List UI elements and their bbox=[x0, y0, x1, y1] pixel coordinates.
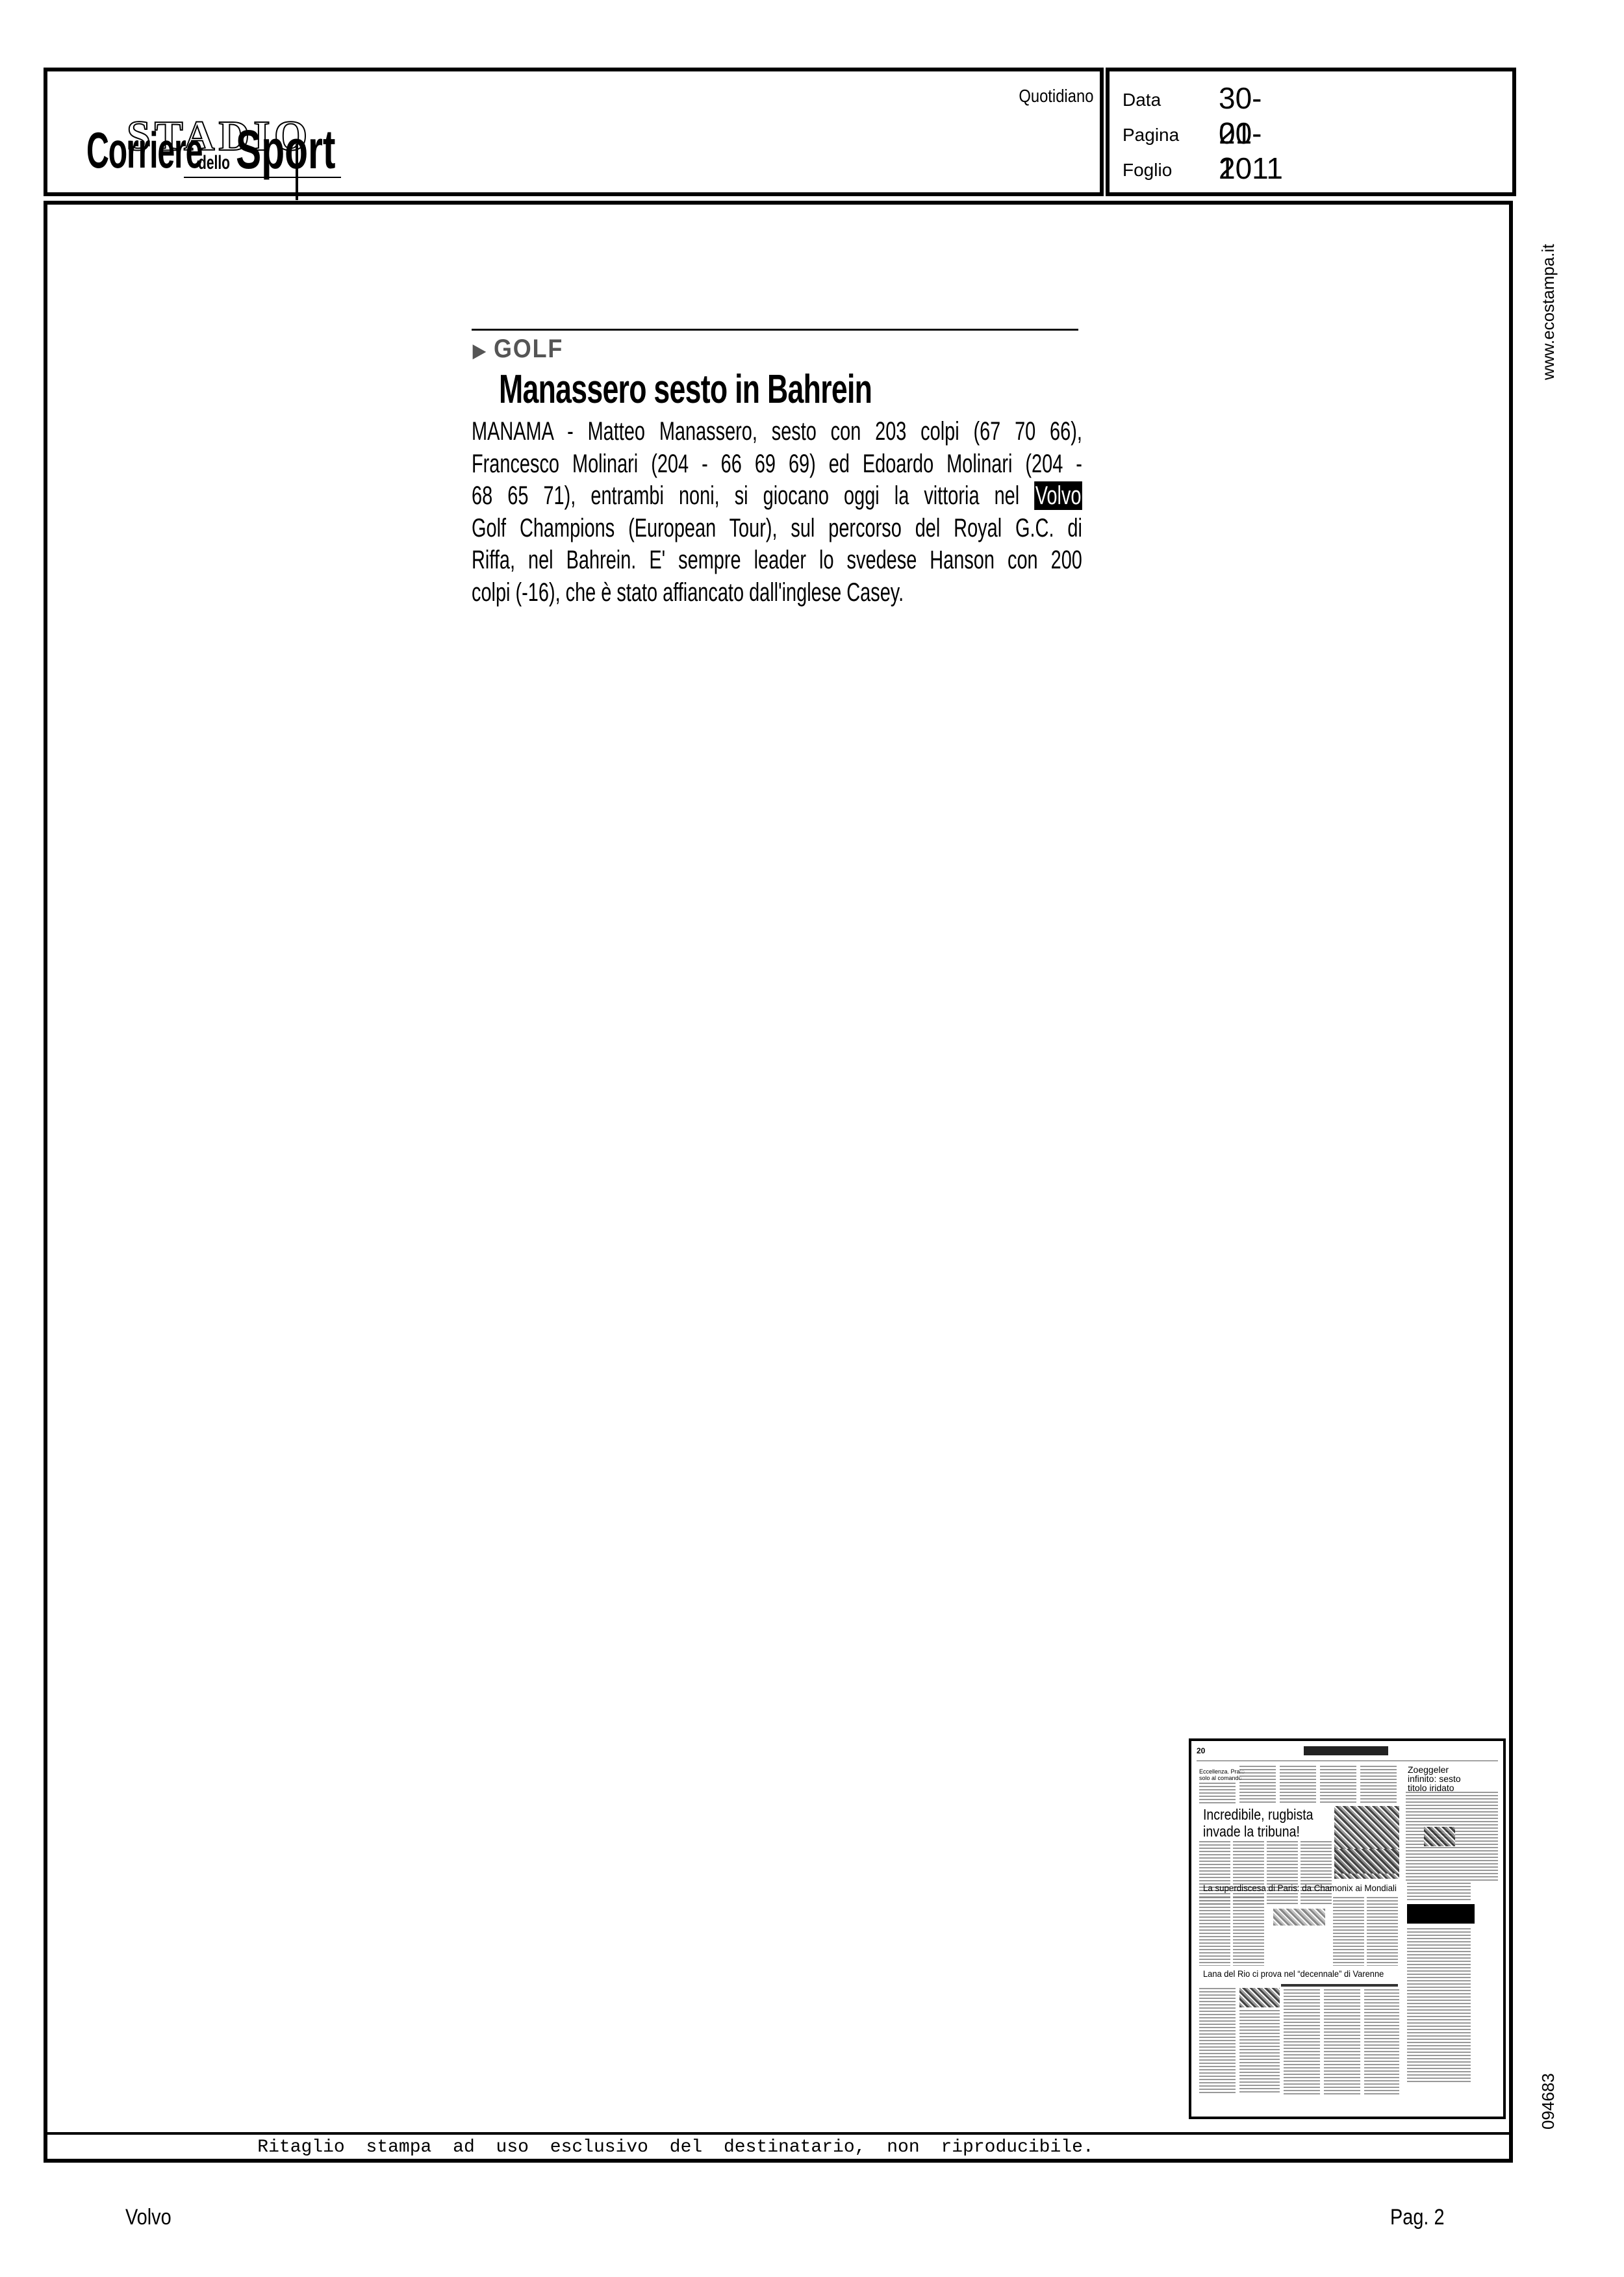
thumbnail-text-block bbox=[1233, 1841, 1264, 1906]
thumbnail-small-head: Eccellenza. Prato bbox=[1199, 1768, 1245, 1775]
thumbnail-text-block bbox=[1407, 1928, 1471, 2084]
thumbnail-highlight-box bbox=[1407, 1904, 1475, 1924]
thumbnail-rule bbox=[1281, 1984, 1398, 1987]
thumbnail-text-block bbox=[1239, 1766, 1276, 1805]
highlighted-keyword: Volvo bbox=[1034, 481, 1082, 510]
logo-connector-text: dello bbox=[198, 152, 230, 174]
thumbnail-text-block bbox=[1407, 1883, 1471, 1901]
publication-type: Quotidiano bbox=[1019, 86, 1093, 107]
thumbnail-text-block bbox=[1284, 1989, 1320, 2094]
article-line: Francesco Molinari (204 - 66 69 69) ed E… bbox=[472, 448, 1082, 481]
thumbnail-photo bbox=[1334, 1849, 1399, 1874]
article-line: Riffa, nel Bahrein. E' sempre leader lo … bbox=[472, 544, 1082, 577]
thumbnail-text-block bbox=[1320, 1766, 1356, 1805]
thumbnail-text-block bbox=[1324, 1989, 1360, 2094]
thumbnail-photo bbox=[1273, 1909, 1325, 1926]
thumbnail-headline: La superdiscesa di Paris: da Chamonix ai… bbox=[1203, 1883, 1397, 1893]
thumbnail-headline: invade la tribuna! bbox=[1203, 1823, 1300, 1840]
meta-label: Pagina bbox=[1123, 125, 1179, 146]
triangle-right-icon: ▶ bbox=[473, 340, 487, 361]
thumbnail-rule bbox=[1197, 1761, 1498, 1761]
meta-value-sheet: 1 bbox=[1219, 151, 1236, 186]
thumbnail-text-block bbox=[1280, 1766, 1316, 1805]
thumbnail-text-block bbox=[1199, 1988, 1236, 2094]
logo-main-text: Corriere bbox=[86, 121, 202, 180]
footer-divider bbox=[47, 2132, 1509, 2135]
meta-label: Data bbox=[1123, 90, 1161, 110]
logo-underline bbox=[184, 177, 341, 178]
footer-keyword: Volvo bbox=[125, 2205, 171, 2230]
thumbnail-headline: Lana del Rio ci prova nel “decennale” di… bbox=[1203, 1968, 1384, 1979]
section-label: ▶GOLF bbox=[473, 335, 563, 364]
clipping-code: 094683 bbox=[1538, 2073, 1558, 2130]
website-label: www.ecostampa.it bbox=[1538, 244, 1558, 380]
article-line: colpi (-16), che è stato affiancato dall… bbox=[472, 577, 1082, 609]
page-thumbnail: 20 Eccellenza. Prato solo al comando Zoe… bbox=[1189, 1738, 1506, 2119]
disclaimer-text: Ritaglio stampa ad uso esclusivo del des… bbox=[257, 2137, 1093, 2157]
thumbnail-text-block bbox=[1364, 1989, 1399, 2094]
thumbnail-section-banner bbox=[1304, 1746, 1388, 1755]
thumbnail-text-block bbox=[1333, 1897, 1364, 1966]
thumbnail-small-head: solo al comando bbox=[1199, 1775, 1242, 1781]
disclaimer: Ritaglio stampa ad uso esclusivo del des… bbox=[0, 2137, 1624, 2157]
article-body: MANAMA - Matteo Manassero, sesto con 203… bbox=[472, 416, 1082, 609]
thumbnail-text-block bbox=[1239, 2010, 1280, 2094]
footer-page-number: Pag. 2 bbox=[1390, 2205, 1445, 2230]
logo-vertical-stroke bbox=[296, 144, 298, 200]
publication-logo: STADIO Corriere dello Sport bbox=[86, 109, 359, 181]
article-headline: Manassero sesto in Bahrein bbox=[499, 366, 872, 413]
meta-label: Foglio bbox=[1123, 160, 1172, 181]
thumbnail-text-block bbox=[1300, 1841, 1332, 1906]
article-line: 68 65 71), entrambi noni, si giocano ogg… bbox=[472, 480, 1082, 513]
thumbnail-headline: Incredibile, rugbista bbox=[1203, 1806, 1313, 1824]
article-line-text: 68 65 71), entrambi noni, si giocano ogg… bbox=[472, 481, 1019, 510]
thumbnail-page-number: 20 bbox=[1197, 1746, 1205, 1755]
logo-end-text: Sport bbox=[236, 118, 336, 181]
thumbnail-text-block bbox=[1367, 1897, 1398, 1966]
thumbnail-photo bbox=[1239, 1988, 1280, 2007]
thumbnail-text-block bbox=[1199, 1783, 1236, 1805]
thumbnail-photo bbox=[1424, 1827, 1455, 1846]
thumbnail-text-block bbox=[1199, 1897, 1230, 1966]
thumbnail-text-block bbox=[1233, 1897, 1264, 1966]
meta-value-page: 20 bbox=[1219, 116, 1252, 151]
thumbnail-text-block bbox=[1267, 1841, 1298, 1906]
publication-header: STADIO Corriere dello Sport Quotidiano bbox=[44, 68, 1104, 196]
article-top-rule bbox=[472, 329, 1078, 331]
article-line: Golf Champions (European Tour), sul perc… bbox=[472, 513, 1082, 545]
thumbnail-text-block bbox=[1199, 1841, 1230, 1906]
article-line: MANAMA - Matteo Manassero, sesto con 203… bbox=[472, 416, 1082, 448]
thumbnail-text-block bbox=[1360, 1766, 1397, 1805]
metadata-box: Data 30-01-2011 Pagina 20 Foglio 1 bbox=[1106, 68, 1516, 196]
section-label-text: GOLF bbox=[494, 335, 563, 363]
thumbnail-content: 20 Eccellenza. Prato solo al comando Zoe… bbox=[1197, 1746, 1498, 2111]
